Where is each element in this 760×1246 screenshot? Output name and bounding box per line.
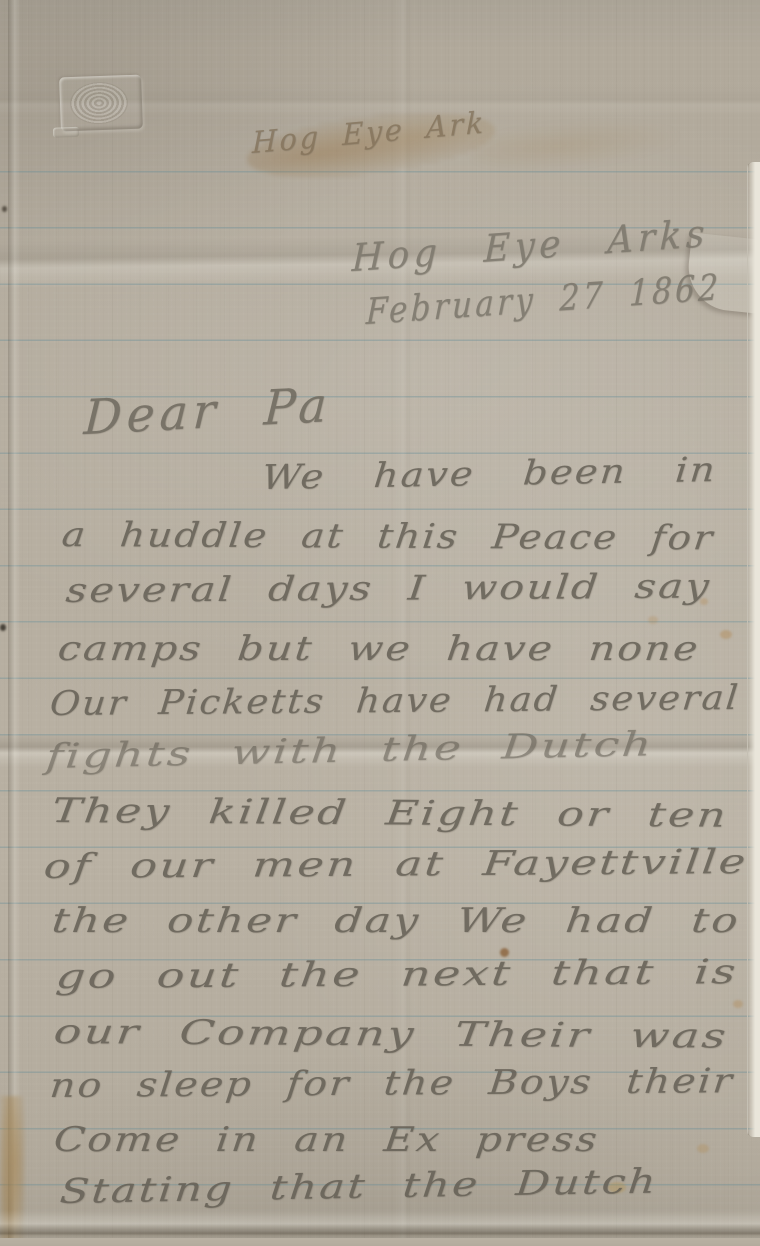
handwriting-body-line: They killed Eight or ten [50,791,731,836]
handwriting-body-line: We have been in [260,450,718,498]
fold-edge-bottom [0,1210,760,1240]
foxing-spot [648,616,658,624]
foxing-spot [697,1144,709,1153]
letter-scan: Hog Eye ArkHog Eye ArksFebruary 27 1862D… [0,0,760,1246]
handwriting-body-line: our Company Their was [52,1012,731,1057]
handwriting-body-line: camps but we have none [56,629,702,669]
dark-speck [0,624,6,631]
handwriting-heading-date: February 27 1862 [365,267,722,333]
page-below-fold [0,1238,760,1246]
handwriting-body-line: fights with the Dutch [44,724,655,777]
scan-background-right [747,162,760,1137]
foxing-spot [720,630,732,639]
handwriting-body-line: Stating that the Dutch [58,1162,659,1213]
laid-paper-texture [0,0,760,1246]
ink-smudge-faint [468,111,691,178]
handwriting-salutation: Dear Pa [83,377,334,446]
handwriting-body-line: Come in an Ex press [52,1120,601,1160]
handwriting-body-line: the other day We had to [50,901,742,941]
handwriting-body-line: a huddle at this Peace for [60,515,717,558]
handwriting-body-line: go out the next that is [54,952,740,997]
fold-crease-center [396,0,412,1246]
embossed-stamp [59,75,143,132]
foxing-spot [733,1000,743,1008]
handwriting-body-line: of our men at Fayettville [42,842,750,887]
fold-crease-left [8,0,20,1246]
handwriting-body-line: no sleep for the Boys their [48,1061,736,1106]
handwriting-body-line: several days I would say [64,566,713,611]
handwriting-body-line: Our Picketts have had several [48,678,742,724]
stamp-medallion [69,81,128,125]
handwriting-heading-place: Hog Eye Arks [351,211,710,280]
dark-speck [2,206,7,212]
letter-paper: Hog Eye ArkHog Eye ArksFebruary 27 1862D… [0,0,760,1246]
